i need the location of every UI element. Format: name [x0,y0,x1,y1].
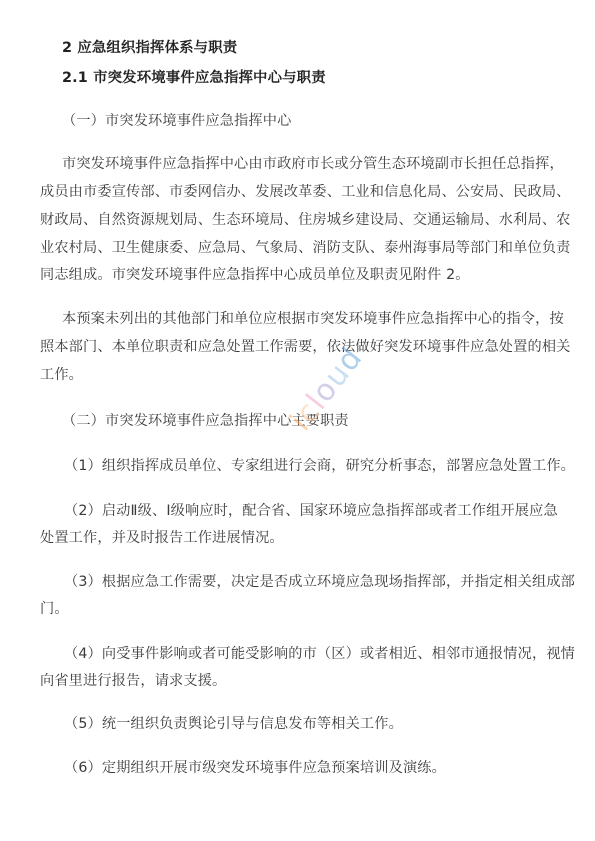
paragraph-line: 同志组成。市突发环境事件应急指挥中心成员单位及职责见附件 2。 [40,265,560,285]
duty-line: （3）根据应急工作需要，决定是否成立环境应急现场指挥部，并指定相关组成部 [64,572,584,592]
subsection-title-one: （一）市突发环境事件应急指挥中心 [62,111,582,131]
paragraph-line: 成员由市委宣传部、市委网信办、发展改革委、工业和信息化局、公安局、民政局、 [40,182,560,202]
paragraph-line: 本预案未列出的其他部门和单位应根据市突发环境事件应急指挥中心的指令，按 [62,309,582,329]
duty-line: （5）统一组织负责舆论引导与信息发布等相关工作。 [64,714,584,734]
duty-line: （6）定期组织开展市级突发环境事件应急预案培训及演练。 [64,758,584,778]
heading-section-2: 2 应急组织指挥体系与职责 [62,38,582,58]
duty-line: 门。 [40,599,560,619]
paragraph-line: 工作。 [40,365,560,385]
duty-line: （4）向受事件影响或者可能受影响的市（区）或者相近、相邻市通报情况，视情 [64,644,584,664]
document-page: 2 应急组织指挥体系与职责 2.1 市突发环境事件应急指挥中心与职责 （一）市突… [0,0,595,841]
duty-line: （1）组织指挥成员单位、专家组进行会商，研究分析事态，部署应急处置工作。 [64,456,584,476]
duty-line: 向省里进行报告，请求支援。 [40,671,560,691]
heading-section-2-1: 2.1 市突发环境事件应急指挥中心与职责 [62,68,582,88]
paragraph-line: 市突发环境事件应急指挥中心由市政府市长或分管生态环境副市长担任总指挥， [62,154,582,174]
subsection-title-two: （二）市突发环境事件应急指挥中心主要职责 [62,411,582,431]
duty-line: （2）启动Ⅱ级、Ⅰ级响应时，配合省、国家环境应急指挥部或者工作组开展应急 [64,501,584,521]
paragraph-line: 照本部门、本单位职责和应急处置工作需要，依法做好突发环境事件应急处置的相关 [40,337,560,357]
paragraph-line: 业农村局、卫生健康委、应急局、气象局、消防支队、泰州海事局等部门和单位负责 [40,238,560,258]
duty-line: 处置工作，并及时报告工作进展情况。 [40,528,560,548]
paragraph-line: 财政局、自然资源规划局、生态环境局、住房城乡建设局、交通运输局、水利局、农 [40,210,560,230]
